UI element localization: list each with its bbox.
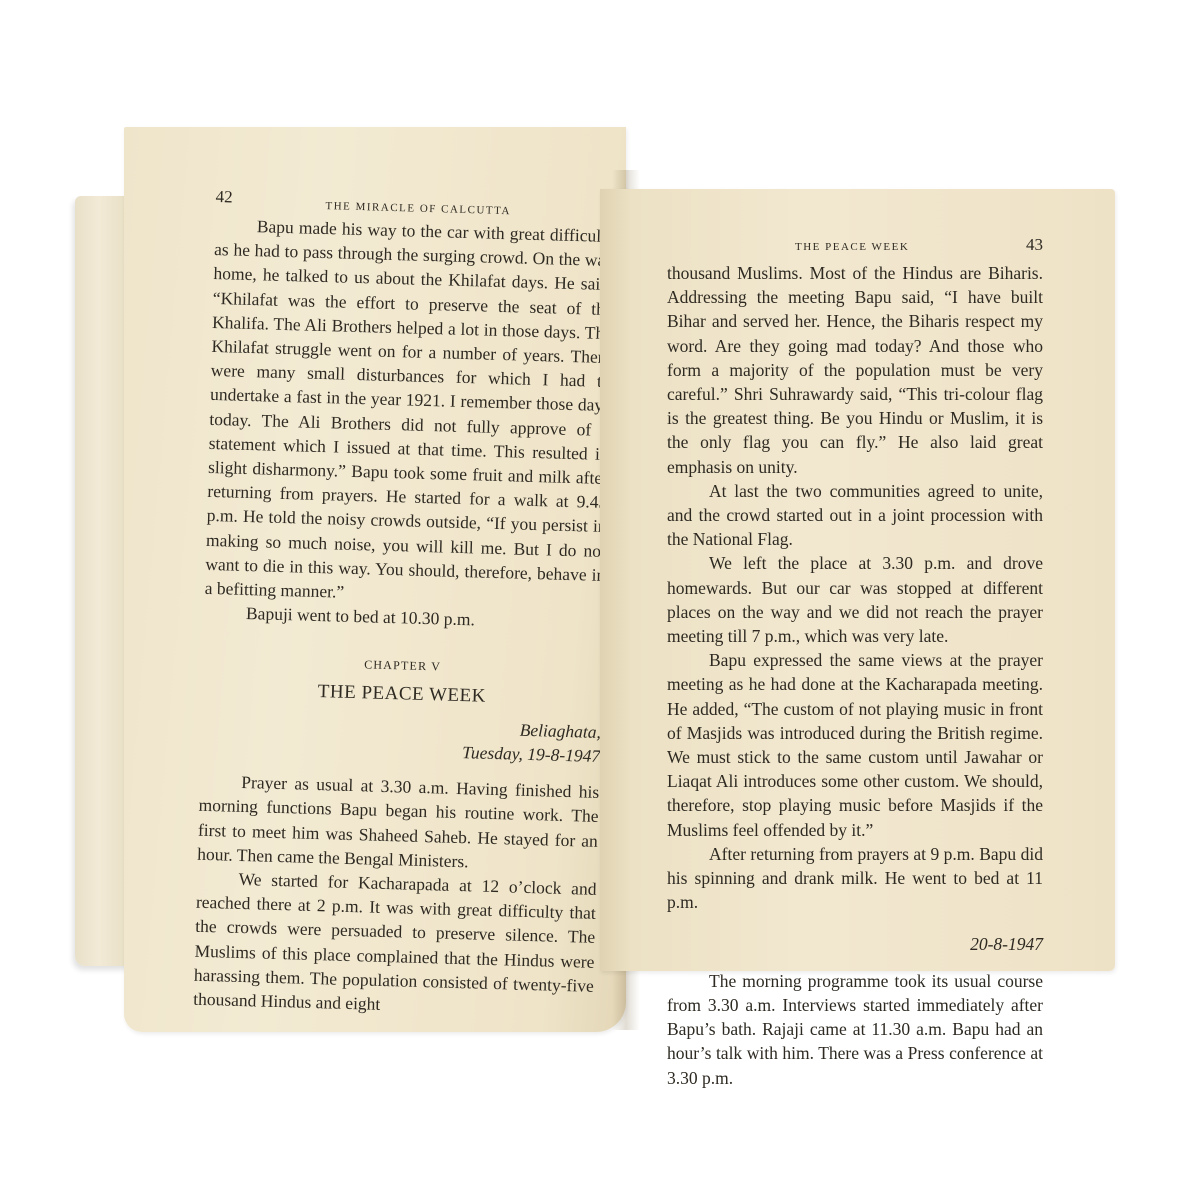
left-page-content: 42 THE MIRACLE OF CALCUTTA Bapu made his…: [193, 185, 616, 1022]
open-book: 42 THE MIRACLE OF CALCUTTA Bapu made his…: [0, 0, 1200, 1200]
right-page-content: THE PEACE WEEK 43 thousand Muslims. Most…: [667, 233, 1043, 1090]
left-page: 42 THE MIRACLE OF CALCUTTA Bapu made his…: [124, 127, 626, 1032]
right-page: THE PEACE WEEK 43 thousand Muslims. Most…: [600, 189, 1115, 971]
paragraph: Prayer as usual at 3.30 a.m. Having fini…: [197, 769, 600, 877]
paragraph: We left the place at 3.30 p.m. and drove…: [667, 551, 1043, 648]
running-head: THE PEACE WEEK: [795, 235, 909, 259]
paragraph: After returning from prayers at 9 p.m. B…: [667, 842, 1043, 915]
paragraph: Bapu expressed the same views at the pra…: [667, 648, 1043, 842]
page-number: 43: [1026, 233, 1043, 257]
page-number: 42: [215, 185, 233, 210]
paragraph: thousand Muslims. Most of the Hindus are…: [667, 261, 1043, 479]
running-head: THE MIRACLE OF CALCUTTA: [325, 194, 511, 223]
paragraph: At last the two communities agreed to un…: [667, 479, 1043, 552]
paragraph: Bapu made his way to the car with great …: [204, 213, 615, 611]
paragraph: The morning programme took its usual cou…: [667, 969, 1043, 1090]
right-page-header: THE PEACE WEEK 43: [667, 233, 1043, 261]
entry-date: 20-8-1947: [667, 932, 1043, 956]
chapter-heading: CHAPTER V THE PEACE WEEK: [202, 648, 603, 712]
paragraph: We started for Kacharapada at 12 o’clock…: [193, 866, 597, 1022]
